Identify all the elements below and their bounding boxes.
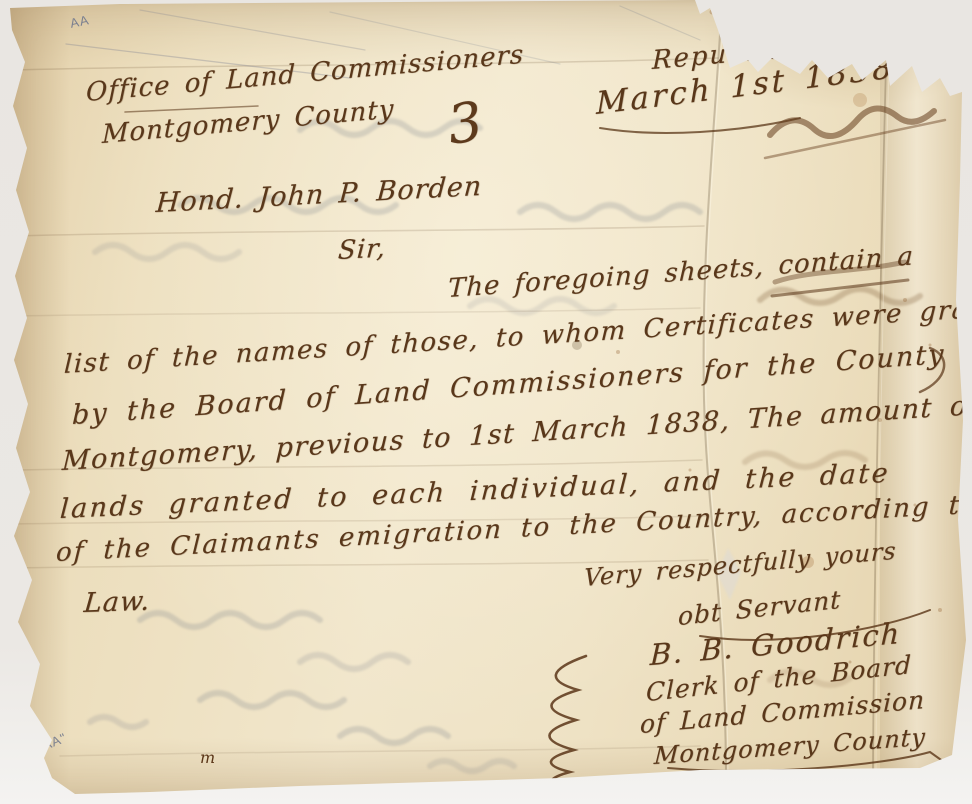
body-line: Law.: [83, 586, 152, 619]
document-scan: Republic of Texas March 1st 1838 Office …: [0, 0, 972, 804]
letter-paper: Republic of Texas March 1st 1838 Office …: [0, 0, 972, 804]
stray-ink-mark: m: [200, 748, 216, 767]
salutation-greeting: Sir,: [337, 233, 387, 266]
